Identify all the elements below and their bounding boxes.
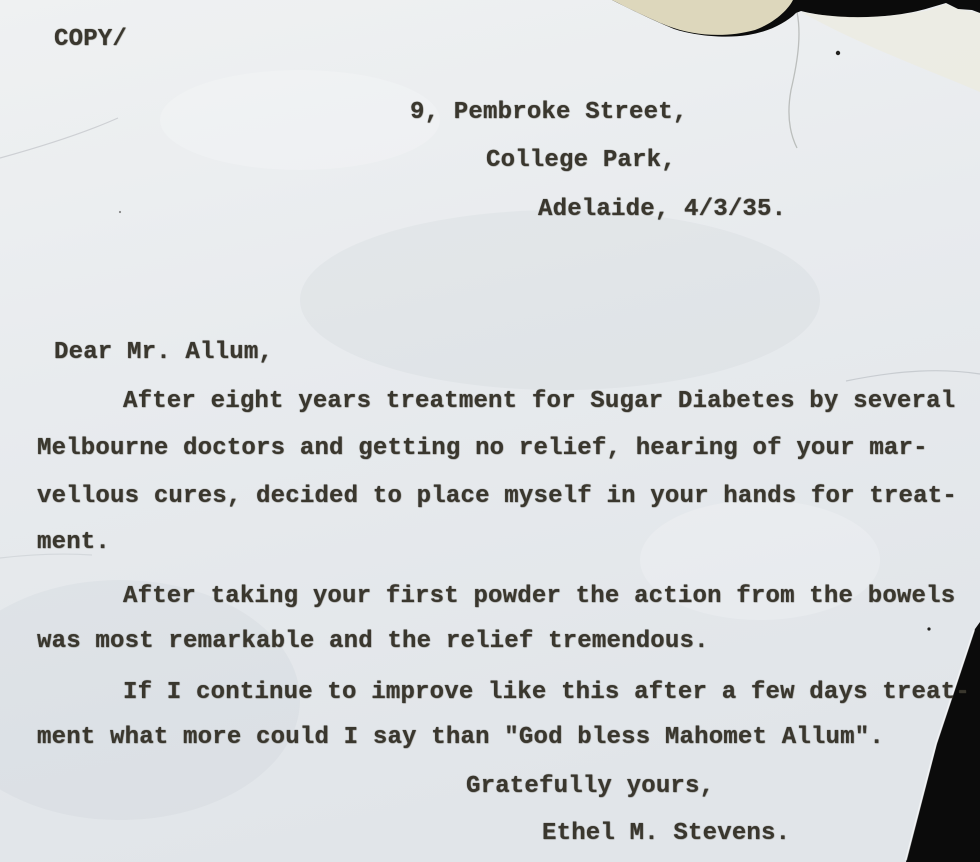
closing: Gratefully yours,: [466, 774, 714, 800]
body-line: vellous cures, decided to place myself i…: [37, 484, 957, 510]
address-line: College Park,: [486, 148, 676, 174]
address-line: 9, Pembroke Street,: [410, 100, 687, 126]
body-line: ment.: [37, 530, 110, 556]
body-line: After taking your first powder the actio…: [123, 584, 955, 610]
body-line: was most remarkable and the relief treme…: [37, 629, 709, 655]
body-line: After eight years treatment for Sugar Di…: [123, 389, 955, 415]
body-line: If I continue to improve like this after…: [123, 680, 970, 706]
scanned-letter: COPY/ 9, Pembroke Street, College Park, …: [0, 0, 980, 862]
letter-text: COPY/ 9, Pembroke Street, College Park, …: [0, 0, 980, 862]
body-line: ment what more could I say than "God ble…: [37, 725, 884, 751]
body-line: Melbourne doctors and getting no relief,…: [37, 436, 928, 462]
signature: Ethel M. Stevens.: [542, 821, 790, 847]
salutation: Dear Mr. Allum,: [54, 340, 273, 366]
copy-notation: COPY/: [54, 27, 127, 53]
date-line: Adelaide, 4/3/35.: [538, 197, 786, 223]
